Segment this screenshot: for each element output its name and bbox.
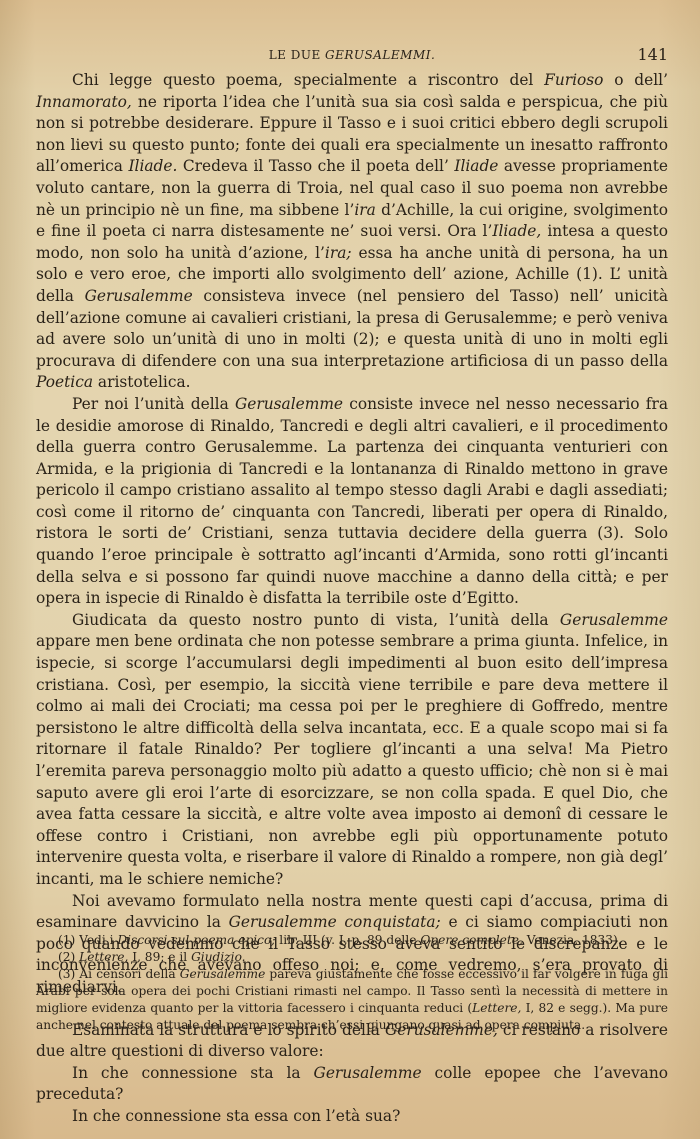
- paragraph-1: Chi legge questo poema, specialmente a r…: [36, 70, 668, 394]
- paragraph-6: In che connessione sta la Gerusalemme co…: [36, 1063, 668, 1106]
- italic-text: Furioso: [544, 71, 603, 89]
- italic-text: Poetica: [36, 373, 93, 391]
- footnote-2: (2) Lettere, I, 89; e il Giudizio.: [36, 949, 668, 966]
- paragraph-2: Per noi l’unità della Gerusalemme consis…: [36, 394, 668, 610]
- italic-text: Opere complete,: [420, 933, 523, 947]
- footnote-3: (3) Ai censori della Gerusalemme pareva …: [36, 966, 668, 1034]
- italic-text: Gerusalemme: [560, 611, 668, 629]
- footnotes: (1) Vedi i Discorsi sul poema epico; lib…: [36, 932, 668, 1034]
- text-run: (3) Ai censori della: [58, 967, 180, 981]
- text-run: aristotelica.: [93, 373, 191, 391]
- text-run: consiste invece nel nesso necessario fra…: [36, 395, 668, 607]
- text-run: Credeva il Tasso che il poeta dell’: [177, 157, 454, 175]
- italic-text: Discorsi sul poema epico;: [117, 933, 275, 947]
- italic-text: Gerusalemme: [85, 287, 193, 305]
- italic-text: ira;: [325, 244, 352, 262]
- italic-text: Iliade: [454, 157, 498, 175]
- italic-text: Lettere,: [79, 950, 128, 964]
- italic-text: Gerusalemme conquistata;: [229, 913, 441, 931]
- italic-text: ira: [354, 201, 375, 219]
- running-head: LE DUE GERUSALEMMI. 141: [36, 45, 668, 67]
- italic-text: Giudizio.: [191, 950, 246, 964]
- text-run: Venezia, 1833).: [523, 933, 622, 947]
- italic-text: Iliade.: [128, 157, 177, 175]
- italic-text: Iliade,: [492, 222, 541, 240]
- text-run: In che connessione sta essa con l’età su…: [72, 1107, 400, 1125]
- paragraph-3: Giudicata da questo nostro punto di vist…: [36, 610, 668, 891]
- text-run: lib. III (v. I, p. 89 delle: [275, 933, 420, 947]
- text-run: Per noi l’unità della: [72, 395, 235, 413]
- footnote-1: (1) Vedi i Discorsi sul poema epico; lib…: [36, 932, 668, 949]
- text-run: In che connessione sta la: [72, 1064, 314, 1082]
- italic-text: Gerusalemme: [235, 395, 343, 413]
- paragraph-7: In che connessione sta essa con l’età su…: [36, 1106, 668, 1128]
- page-number: 141: [637, 45, 668, 64]
- text-run: (1) Vedi i: [58, 933, 117, 947]
- italic-text: Gerusalemme: [314, 1064, 422, 1082]
- text-run: Giudicata da questo nostro punto di vist…: [72, 611, 560, 629]
- text-run: Chi legge questo poema, specialmente a r…: [72, 71, 544, 89]
- text-run: o dell’: [603, 71, 668, 89]
- italic-text: Innamorato,: [36, 93, 132, 111]
- running-title: LE DUE GERUSALEMMI.: [36, 48, 668, 62]
- text-run: (2): [58, 950, 79, 964]
- text-run: I, 89; e il: [128, 950, 191, 964]
- italic-text: Lettere,: [472, 1001, 521, 1015]
- italic-text: Gerusalemme: [180, 967, 266, 981]
- text-run: appare men bene ordinata che non potesse…: [36, 632, 668, 888]
